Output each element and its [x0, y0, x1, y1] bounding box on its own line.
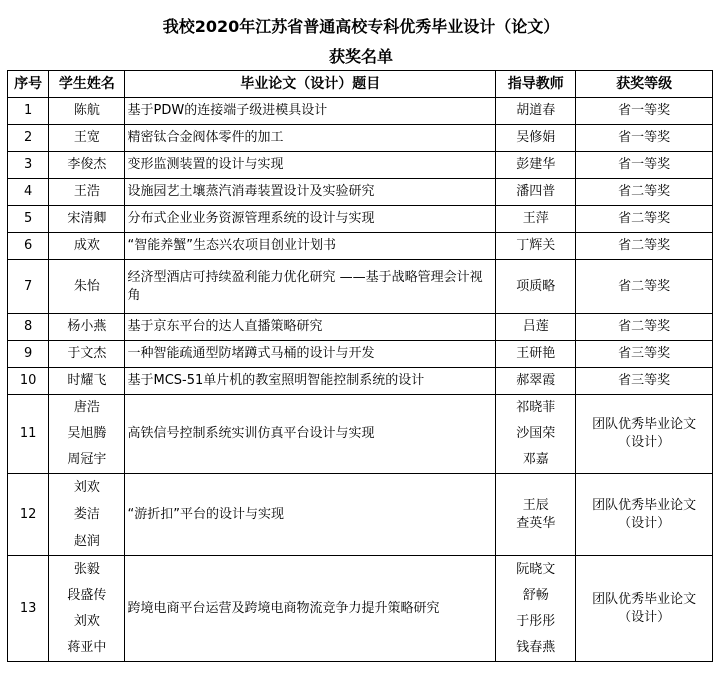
row-award: 团队优秀毕业论文 （设计） — [576, 474, 713, 556]
row-topic: 分布式企业业务资源管理系统的设计与实现 — [125, 206, 496, 233]
award-table: 序号 学生姓名 毕业论文（设计）题目 指导教师 获奖等级 1 陈航 基于PDW的… — [7, 70, 713, 662]
row-no: 5 — [8, 206, 49, 233]
student-name: 周冠宇 — [49, 447, 124, 473]
row-students: 李俊杰 — [49, 152, 125, 179]
row-no: 4 — [8, 179, 49, 206]
row-award: 省一等奖 — [576, 125, 713, 152]
row-topic: 精密钛合金阀体零件的加工 — [125, 125, 496, 152]
table-row: 7 朱怡 经济型酒店可持续盈利能力优化研究 ——基于战略管理会计视角 项质略 省… — [8, 260, 713, 314]
header-no: 序号 — [8, 71, 49, 98]
header-advisors: 指导教师 — [496, 71, 576, 98]
row-topic: 基于PDW的连接端子级进模具设计 — [125, 98, 496, 125]
student-name: 蒋亚中 — [49, 635, 124, 661]
row-students: 时耀飞 — [49, 368, 125, 395]
header-topic: 毕业论文（设计）题目 — [125, 71, 496, 98]
row-students: 杨小燕 — [49, 314, 125, 341]
row-advisors: 胡道春 — [496, 98, 576, 125]
row-topic: 基于MCS-51单片机的教室照明智能控制系统的设计 — [125, 368, 496, 395]
row-advisors: 吕莲 — [496, 314, 576, 341]
row-topic: 基于京东平台的达人直播策略研究 — [125, 314, 496, 341]
table-row: 5 宋清卿 分布式企业业务资源管理系统的设计与实现 王萍 省二等奖 — [8, 206, 713, 233]
row-award: 省二等奖 — [576, 260, 713, 314]
row-advisors: 郝翠霞 — [496, 368, 576, 395]
row-advisors: 王萍 — [496, 206, 576, 233]
row-advisors: 丁辉关 — [496, 233, 576, 260]
student-name: 张毅 — [49, 557, 124, 583]
row-students: 朱怡 — [49, 260, 125, 314]
table-row: 2 王宽 精密钛合金阀体零件的加工 吴修娟 省一等奖 — [8, 125, 713, 152]
row-topic: 设施园艺土壤蒸汽消毒装置设计及实验研究 — [125, 179, 496, 206]
row-award: 团队优秀毕业论文 （设计） — [576, 395, 713, 474]
row-students: 宋清卿 — [49, 206, 125, 233]
table-row: 4 王浩 设施园艺土壤蒸汽消毒装置设计及实验研究 潘四普 省二等奖 — [8, 179, 713, 206]
document-title: 我校2020年江苏省普通高校专科优秀毕业设计（论文） — [0, 14, 722, 37]
award-line: 团队优秀毕业论文 — [576, 416, 712, 434]
header-students: 学生姓名 — [49, 71, 125, 98]
row-award: 省一等奖 — [576, 152, 713, 179]
row-advisors: 王研艳 — [496, 341, 576, 368]
student-name: 刘欢 — [49, 609, 124, 635]
row-award: 省二等奖 — [576, 179, 713, 206]
row-award: 省三等奖 — [576, 368, 713, 395]
row-students: 张毅 段盛传 刘欢 蒋亚中 — [49, 556, 125, 662]
row-no: 12 — [8, 474, 49, 556]
advisor-name: 舒畅 — [496, 583, 575, 609]
row-no: 2 — [8, 125, 49, 152]
row-no: 9 — [8, 341, 49, 368]
award-line: （设计） — [576, 609, 712, 627]
row-topic: 高铁信号控制系统实训仿真平台设计与实现 — [125, 395, 496, 474]
row-award: 省二等奖 — [576, 233, 713, 260]
student-name: 刘欢 — [49, 474, 124, 501]
row-award: 省三等奖 — [576, 341, 713, 368]
table-row: 1 陈航 基于PDW的连接端子级进模具设计 胡道春 省一等奖 — [8, 98, 713, 125]
row-no: 8 — [8, 314, 49, 341]
row-topic: “智能养蟹”生态兴农项目创业计划书 — [125, 233, 496, 260]
row-students: 陈航 — [49, 98, 125, 125]
row-topic: 变形监测装置的设计与实现 — [125, 152, 496, 179]
row-students: 成欢 — [49, 233, 125, 260]
award-line: （设计） — [576, 434, 712, 452]
student-name: 吴旭腾 — [49, 421, 124, 447]
table-header-row: 序号 学生姓名 毕业论文（设计）题目 指导教师 获奖等级 — [8, 71, 713, 98]
row-topic: 经济型酒店可持续盈利能力优化研究 ——基于战略管理会计视角 — [125, 260, 496, 314]
table-row: 6 成欢 “智能养蟹”生态兴农项目创业计划书 丁辉关 省二等奖 — [8, 233, 713, 260]
advisor-name: 王辰 — [496, 497, 575, 515]
student-name: 唐浩 — [49, 395, 124, 421]
table-row: 12 刘欢 娄洁 赵润 “游折扣”平台的设计与实现 王辰 查英华 团队优秀毕业论… — [8, 474, 713, 556]
row-award: 省二等奖 — [576, 206, 713, 233]
student-name: 段盛传 — [49, 583, 124, 609]
row-no: 10 — [8, 368, 49, 395]
row-no: 7 — [8, 260, 49, 314]
row-award: 团队优秀毕业论文 （设计） — [576, 556, 713, 662]
row-no: 6 — [8, 233, 49, 260]
document-subtitle: 获奖名单 — [0, 44, 722, 67]
table-row: 11 唐浩 吴旭腾 周冠宇 高铁信号控制系统实训仿真平台设计与实现 祁晓菲 沙国… — [8, 395, 713, 474]
student-name: 娄洁 — [49, 501, 124, 528]
row-no: 11 — [8, 395, 49, 474]
row-students: 于文杰 — [49, 341, 125, 368]
row-students: 唐浩 吴旭腾 周冠宇 — [49, 395, 125, 474]
table-row: 13 张毅 段盛传 刘欢 蒋亚中 跨境电商平台运营及跨境电商物流竞争力提升策略研… — [8, 556, 713, 662]
advisor-name: 沙国荣 — [496, 421, 575, 447]
advisor-name: 于彤彤 — [496, 609, 575, 635]
row-topic: “游折扣”平台的设计与实现 — [125, 474, 496, 556]
row-award: 省二等奖 — [576, 314, 713, 341]
row-advisors: 王辰 查英华 — [496, 474, 576, 556]
row-advisors: 吴修娟 — [496, 125, 576, 152]
row-no: 3 — [8, 152, 49, 179]
table-row: 10 时耀飞 基于MCS-51单片机的教室照明智能控制系统的设计 郝翠霞 省三等… — [8, 368, 713, 395]
award-line: 团队优秀毕业论文 — [576, 591, 712, 609]
award-line: （设计） — [576, 515, 712, 533]
advisor-name: 邓嘉 — [496, 447, 575, 473]
advisor-name: 查英华 — [496, 515, 575, 533]
row-advisors: 阮晓文 舒畅 于彤彤 钱春燕 — [496, 556, 576, 662]
row-students: 王浩 — [49, 179, 125, 206]
row-no: 1 — [8, 98, 49, 125]
row-topic: 一种智能疏通型防堵蹲式马桶的设计与开发 — [125, 341, 496, 368]
advisor-name: 钱春燕 — [496, 635, 575, 661]
row-advisors: 彭建华 — [496, 152, 576, 179]
row-advisors: 项质略 — [496, 260, 576, 314]
header-award: 获奖等级 — [576, 71, 713, 98]
row-award: 省一等奖 — [576, 98, 713, 125]
row-topic: 跨境电商平台运营及跨境电商物流竞争力提升策略研究 — [125, 556, 496, 662]
advisor-name: 阮晓文 — [496, 557, 575, 583]
row-students: 王宽 — [49, 125, 125, 152]
student-name: 赵润 — [49, 528, 124, 555]
row-students: 刘欢 娄洁 赵润 — [49, 474, 125, 556]
award-line: 团队优秀毕业论文 — [576, 497, 712, 515]
table-row: 9 于文杰 一种智能疏通型防堵蹲式马桶的设计与开发 王研艳 省三等奖 — [8, 341, 713, 368]
row-advisors: 潘四普 — [496, 179, 576, 206]
row-advisors: 祁晓菲 沙国荣 邓嘉 — [496, 395, 576, 474]
table-row: 3 李俊杰 变形监测装置的设计与实现 彭建华 省一等奖 — [8, 152, 713, 179]
advisor-name: 祁晓菲 — [496, 395, 575, 421]
table-row: 8 杨小燕 基于京东平台的达人直播策略研究 吕莲 省二等奖 — [8, 314, 713, 341]
row-no: 13 — [8, 556, 49, 662]
